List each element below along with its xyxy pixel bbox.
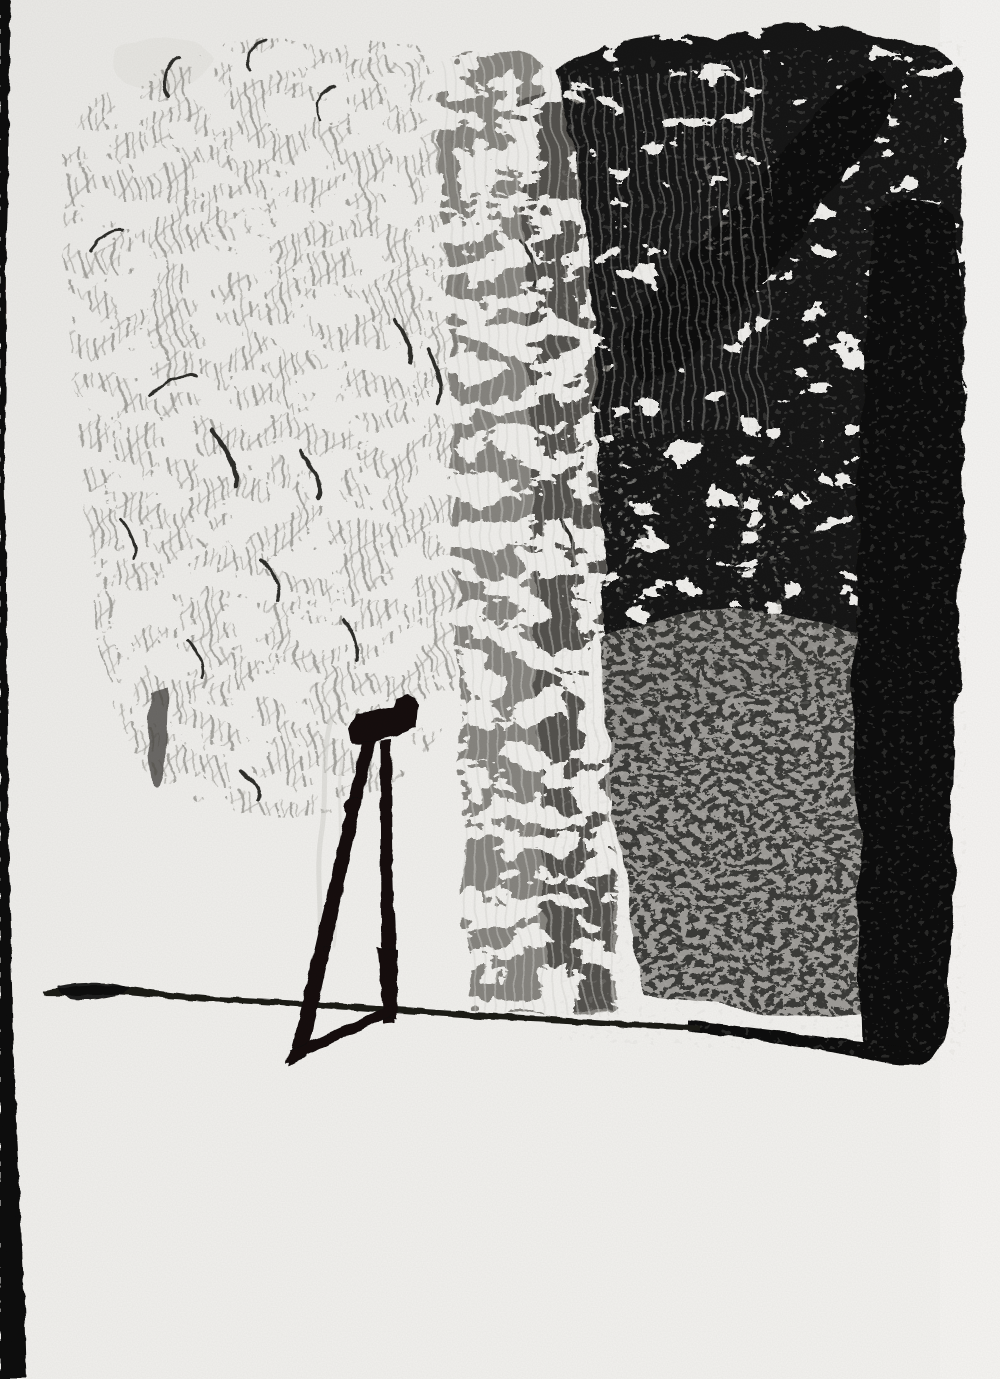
paper-grain <box>0 0 1000 1379</box>
artwork-photo <box>0 0 1000 1379</box>
